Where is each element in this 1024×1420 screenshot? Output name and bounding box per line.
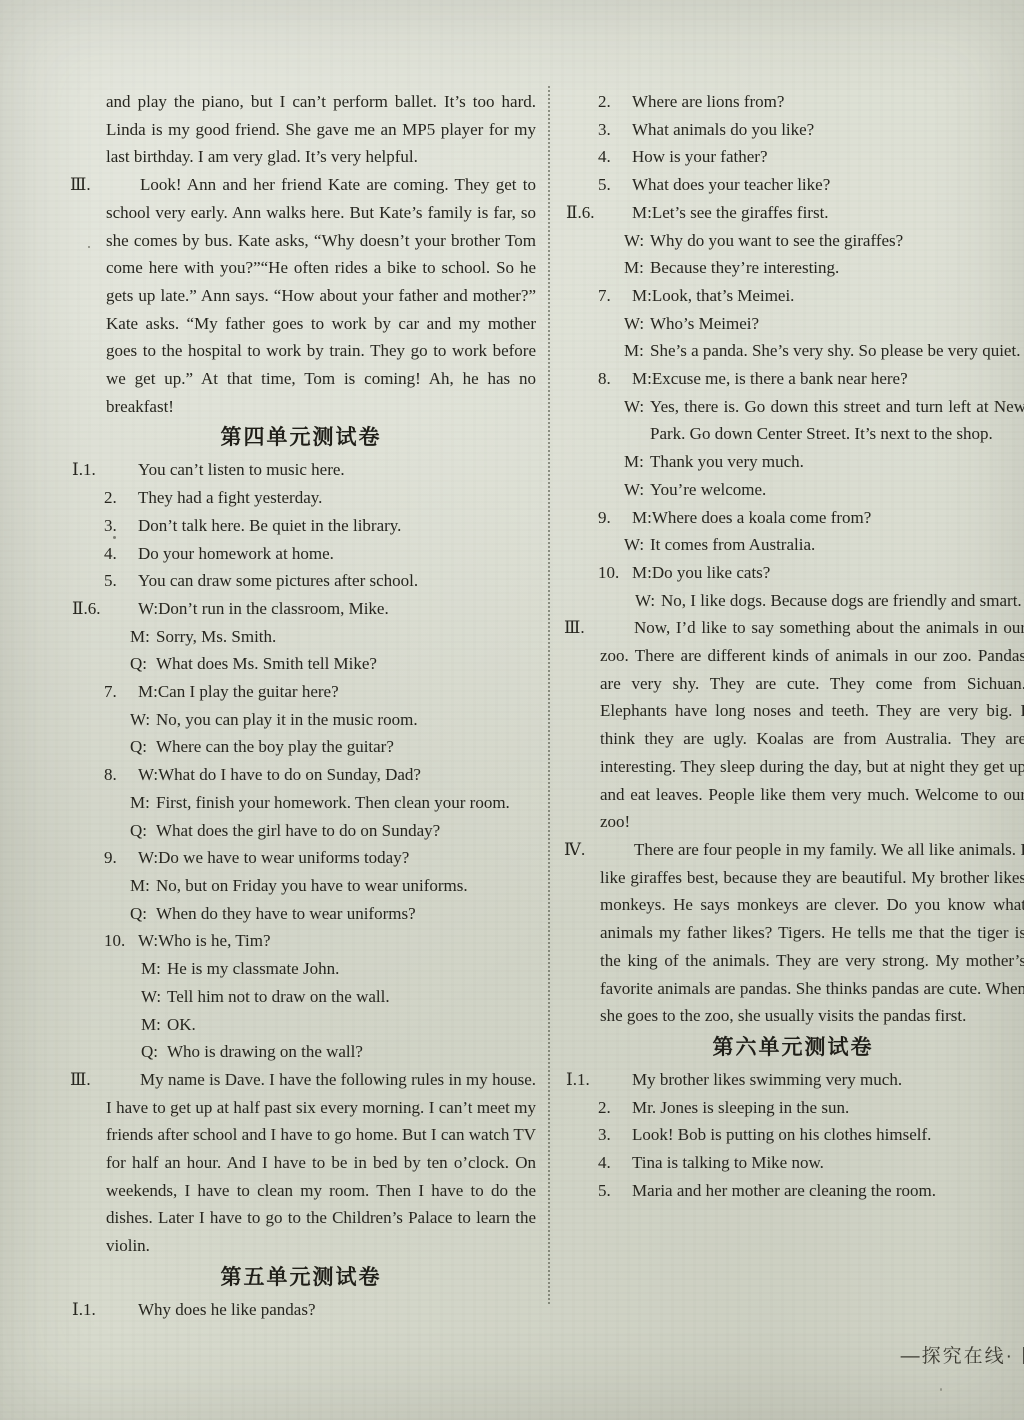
item-text: They had a fight yesterday. (138, 488, 322, 507)
item-label: 4. (598, 143, 632, 171)
item-label: Q: (130, 900, 156, 928)
list-item: M:Because they’re interesting. (560, 254, 1024, 282)
list-item: Q:What does the girl have to do on Sunda… (66, 817, 536, 845)
item-text: What does the girl have to do on Sunday? (156, 821, 440, 840)
item-label: W: (624, 227, 650, 255)
list-item: 4.How is your father? (560, 143, 1024, 171)
item-text: Look! Bob is putting on his clothes hims… (632, 1125, 931, 1144)
paragraph: Ⅲ.Now, I’d like to say something about t… (560, 614, 1024, 836)
item-text: M:Excuse me, is there a bank near here? (632, 369, 908, 388)
list-item: W:No, I like dogs. Because dogs are frie… (560, 587, 1024, 615)
item-text: Mr. Jones is sleeping in the sun. (632, 1098, 849, 1117)
list-item: 2.Mr. Jones is sleeping in the sun. (560, 1094, 1024, 1122)
item-label: W: (141, 983, 167, 1011)
item-text: Thank you very much. (650, 452, 804, 471)
item-label: W: (624, 310, 650, 338)
item-label: 7. (104, 678, 138, 706)
paper-speck (88, 246, 90, 248)
item-text: First, finish your homework. Then clean … (156, 793, 510, 812)
item-label: Ⅰ.1. (566, 1066, 632, 1094)
list-item: M:He is my classmate John. (66, 955, 536, 983)
item-label: 10. (104, 927, 138, 955)
paragraph: Ⅲ.My name is Dave. I have the following … (66, 1066, 536, 1260)
item-label: M: (130, 872, 156, 900)
list-item: W:No, you can play it in the music room. (66, 706, 536, 734)
item-label: Ⅱ.6. (566, 199, 632, 227)
list-item: Ⅰ.1.Why does he like pandas? (66, 1296, 536, 1324)
list-item: Q:When do they have to wear uniforms? (66, 900, 536, 928)
item-text: No, but on Friday you have to wear unifo… (156, 876, 468, 895)
item-text: Why do you want to see the giraffes? (650, 231, 903, 250)
item-text: What does your teacher like? (632, 175, 830, 194)
item-text: Tina is talking to Mike now. (632, 1153, 824, 1172)
list-item: 8.M:Excuse me, is there a bank near here… (560, 365, 1024, 393)
item-label: 5. (598, 171, 632, 199)
list-item: 4.Do your homework at home. (66, 540, 536, 568)
item-label: 3. (598, 116, 632, 144)
list-item: 10.M:Do you like cats? (560, 559, 1024, 587)
list-item: 3.Look! Bob is putting on his clothes hi… (560, 1121, 1024, 1149)
list-item: W:Tell him not to draw on the wall. (66, 983, 536, 1011)
paragraph-text: and play the piano, but I can’t perform … (106, 92, 536, 166)
item-label: Ⅰ.1. (72, 1296, 138, 1324)
list-item: 7.M:Can I play the guitar here? (66, 678, 536, 706)
item-text: What animals do you like? (632, 120, 814, 139)
item-label: M: (130, 623, 156, 651)
list-item: Ⅱ.6.W:Don’t run in the classroom, Mike. (66, 595, 536, 623)
item-label: Q: (141, 1038, 167, 1066)
list-item: Q:Where can the boy play the guitar? (66, 733, 536, 761)
section-heading: 第五单元测试卷 (66, 1263, 536, 1293)
list-item: W:Why do you want to see the giraffes? (560, 227, 1024, 255)
item-label: 5. (598, 1177, 632, 1205)
list-item: 3.Don’t talk here. Be quiet in the libra… (66, 512, 536, 540)
item-text: How is your father? (632, 147, 768, 166)
item-label: 8. (598, 365, 632, 393)
item-label: 9. (598, 504, 632, 532)
item-text: M:Look, that’s Meimei. (632, 286, 794, 305)
item-label: M: (130, 789, 156, 817)
item-label: 4. (104, 540, 138, 568)
item-label: 2. (104, 484, 138, 512)
list-item: W:You’re welcome. (560, 476, 1024, 504)
list-item: Ⅱ.6.M:Let’s see the giraffes first. (560, 199, 1024, 227)
section-label: Ⅳ. (564, 836, 585, 864)
item-label: W: (624, 476, 650, 504)
list-item: 2.Where are lions from? (560, 88, 1024, 116)
paper-speck (113, 536, 116, 539)
item-text: My brother likes swimming very much. (632, 1070, 902, 1089)
section-heading: 第六单元测试卷 (560, 1033, 1024, 1063)
item-text: W:What do I have to do on Sunday, Dad? (138, 765, 421, 784)
section-heading: 第四单元测试卷 (66, 423, 536, 453)
right-column: 2.Where are lions from?3.What animals do… (560, 88, 1024, 1204)
page-footer: —探究在线· (901, 1341, 1024, 1368)
list-item: W:Yes, there is. Go down this street and… (560, 393, 1024, 448)
list-item: 8.W:What do I have to do on Sunday, Dad? (66, 761, 536, 789)
item-label: 3. (104, 512, 138, 540)
paragraph: Ⅳ.There are four people in my family. We… (560, 836, 1024, 1030)
item-text: Where can the boy play the guitar? (156, 737, 394, 756)
item-text: Who is drawing on the wall? (167, 1042, 363, 1061)
item-label: Q: (130, 650, 156, 678)
item-label: 8. (104, 761, 138, 789)
list-item: 5.Maria and her mother are cleaning the … (560, 1177, 1024, 1205)
list-item: Ⅰ.1.My brother likes swimming very much. (560, 1066, 1024, 1094)
list-item: M:Thank you very much. (560, 448, 1024, 476)
list-item: 4.Tina is talking to Mike now. (560, 1149, 1024, 1177)
list-item: Q:What does Ms. Smith tell Mike? (66, 650, 536, 678)
item-text: OK. (167, 1015, 196, 1034)
list-item: 9.W:Do we have to wear uniforms today? (66, 844, 536, 872)
paragraph: and play the piano, but I can’t perform … (66, 88, 536, 171)
list-item: M:OK. (66, 1011, 536, 1039)
item-label: M: (624, 254, 650, 282)
item-text: She’s a panda. She’s very shy. So please… (650, 341, 1020, 360)
item-label: M: (624, 337, 650, 365)
item-label: W: (130, 706, 156, 734)
list-item: 2.They had a fight yesterday. (66, 484, 536, 512)
list-item: W:Who’s Meimei? (560, 310, 1024, 338)
list-item: M:She’s a panda. She’s very shy. So plea… (560, 337, 1024, 365)
item-label: 4. (598, 1149, 632, 1177)
item-text: When do they have to wear uniforms? (156, 904, 416, 923)
item-text: No, you can play it in the music room. (156, 710, 418, 729)
item-text: You’re welcome. (650, 480, 766, 499)
item-label: W: (624, 393, 650, 421)
left-column: and play the piano, but I can’t perform … (66, 88, 536, 1324)
item-text: You can draw some pictures after school. (138, 571, 418, 590)
item-text: Do your homework at home. (138, 544, 334, 563)
item-label: W: (624, 531, 650, 559)
item-text: M:Where does a koala come from? (632, 508, 871, 527)
item-text: Who’s Meimei? (650, 314, 759, 333)
item-text: Sorry, Ms. Smith. (156, 627, 276, 646)
item-text: Because they’re interesting. (650, 258, 839, 277)
item-label: 10. (598, 559, 632, 587)
item-text: You can’t listen to music here. (138, 460, 345, 479)
item-text: He is my classmate John. (167, 959, 339, 978)
list-item: M:Sorry, Ms. Smith. (66, 623, 536, 651)
paragraph: Ⅲ.Look! Ann and her friend Kate are comi… (66, 171, 536, 420)
scanned-page: and play the piano, but I can’t perform … (0, 0, 1024, 1420)
section-label: Ⅲ. (70, 1066, 91, 1094)
item-text: Don’t talk here. Be quiet in the library… (138, 516, 401, 535)
item-text: W:Who is he, Tim? (138, 931, 271, 950)
item-label: Ⅰ.1. (72, 456, 138, 484)
item-label: Q: (130, 733, 156, 761)
item-text: Where are lions from? (632, 92, 784, 111)
item-text: Why does he like pandas? (138, 1300, 316, 1319)
item-label: 5. (104, 567, 138, 595)
item-text: What does Ms. Smith tell Mike? (156, 654, 377, 673)
item-label: M: (624, 448, 650, 476)
item-text: M:Do you like cats? (632, 563, 770, 582)
list-item: M:No, but on Friday you have to wear uni… (66, 872, 536, 900)
paragraph-text: Now, I’d like to say something about the… (600, 618, 1024, 831)
list-item: 5.You can draw some pictures after schoo… (66, 567, 536, 595)
paragraph-text: Look! Ann and her friend Kate are coming… (106, 175, 536, 416)
item-label: 3. (598, 1121, 632, 1149)
item-label: Q: (130, 817, 156, 845)
item-text: M:Let’s see the giraffes first. (632, 203, 829, 222)
list-item: 5.What does your teacher like? (560, 171, 1024, 199)
item-label: 9. (104, 844, 138, 872)
item-text: Yes, there is. Go down this street and t… (650, 397, 1024, 444)
item-text: W:Don’t run in the classroom, Mike. (138, 599, 389, 618)
footer-text: —探究在线· (901, 1346, 1014, 1367)
paragraph-text: There are four people in my family. We a… (600, 840, 1024, 1025)
list-item: 7.M:Look, that’s Meimei. (560, 282, 1024, 310)
item-label: M: (141, 1011, 167, 1039)
list-item: Q:Who is drawing on the wall? (66, 1038, 536, 1066)
item-text: W:Do we have to wear uniforms today? (138, 848, 409, 867)
item-label: M: (141, 955, 167, 983)
section-label: Ⅲ. (70, 171, 91, 199)
list-item: M:First, finish your homework. Then clea… (66, 789, 536, 817)
item-text: No, I like dogs. Because dogs are friend… (661, 591, 1022, 610)
list-item: 9.M:Where does a koala come from? (560, 504, 1024, 532)
item-text: M:Can I play the guitar here? (138, 682, 339, 701)
item-label: 2. (598, 88, 632, 116)
list-item: 10.W:Who is he, Tim? (66, 927, 536, 955)
list-item: 3.What animals do you like? (560, 116, 1024, 144)
paragraph-text: My name is Dave. I have the following ru… (106, 1070, 536, 1255)
item-label: W: (635, 587, 661, 615)
list-item: Ⅰ.1.You can’t listen to music here. (66, 456, 536, 484)
item-text: Tell him not to draw on the wall. (167, 987, 390, 1006)
item-text: Maria and her mother are cleaning the ro… (632, 1181, 936, 1200)
paper-speck (940, 1388, 942, 1391)
item-text: It comes from Australia. (650, 535, 815, 554)
item-label: Ⅱ.6. (72, 595, 138, 623)
section-label: Ⅲ. (564, 614, 585, 642)
column-divider (548, 86, 550, 1304)
item-label: 7. (598, 282, 632, 310)
item-label: 2. (598, 1094, 632, 1122)
list-item: W:It comes from Australia. (560, 531, 1024, 559)
